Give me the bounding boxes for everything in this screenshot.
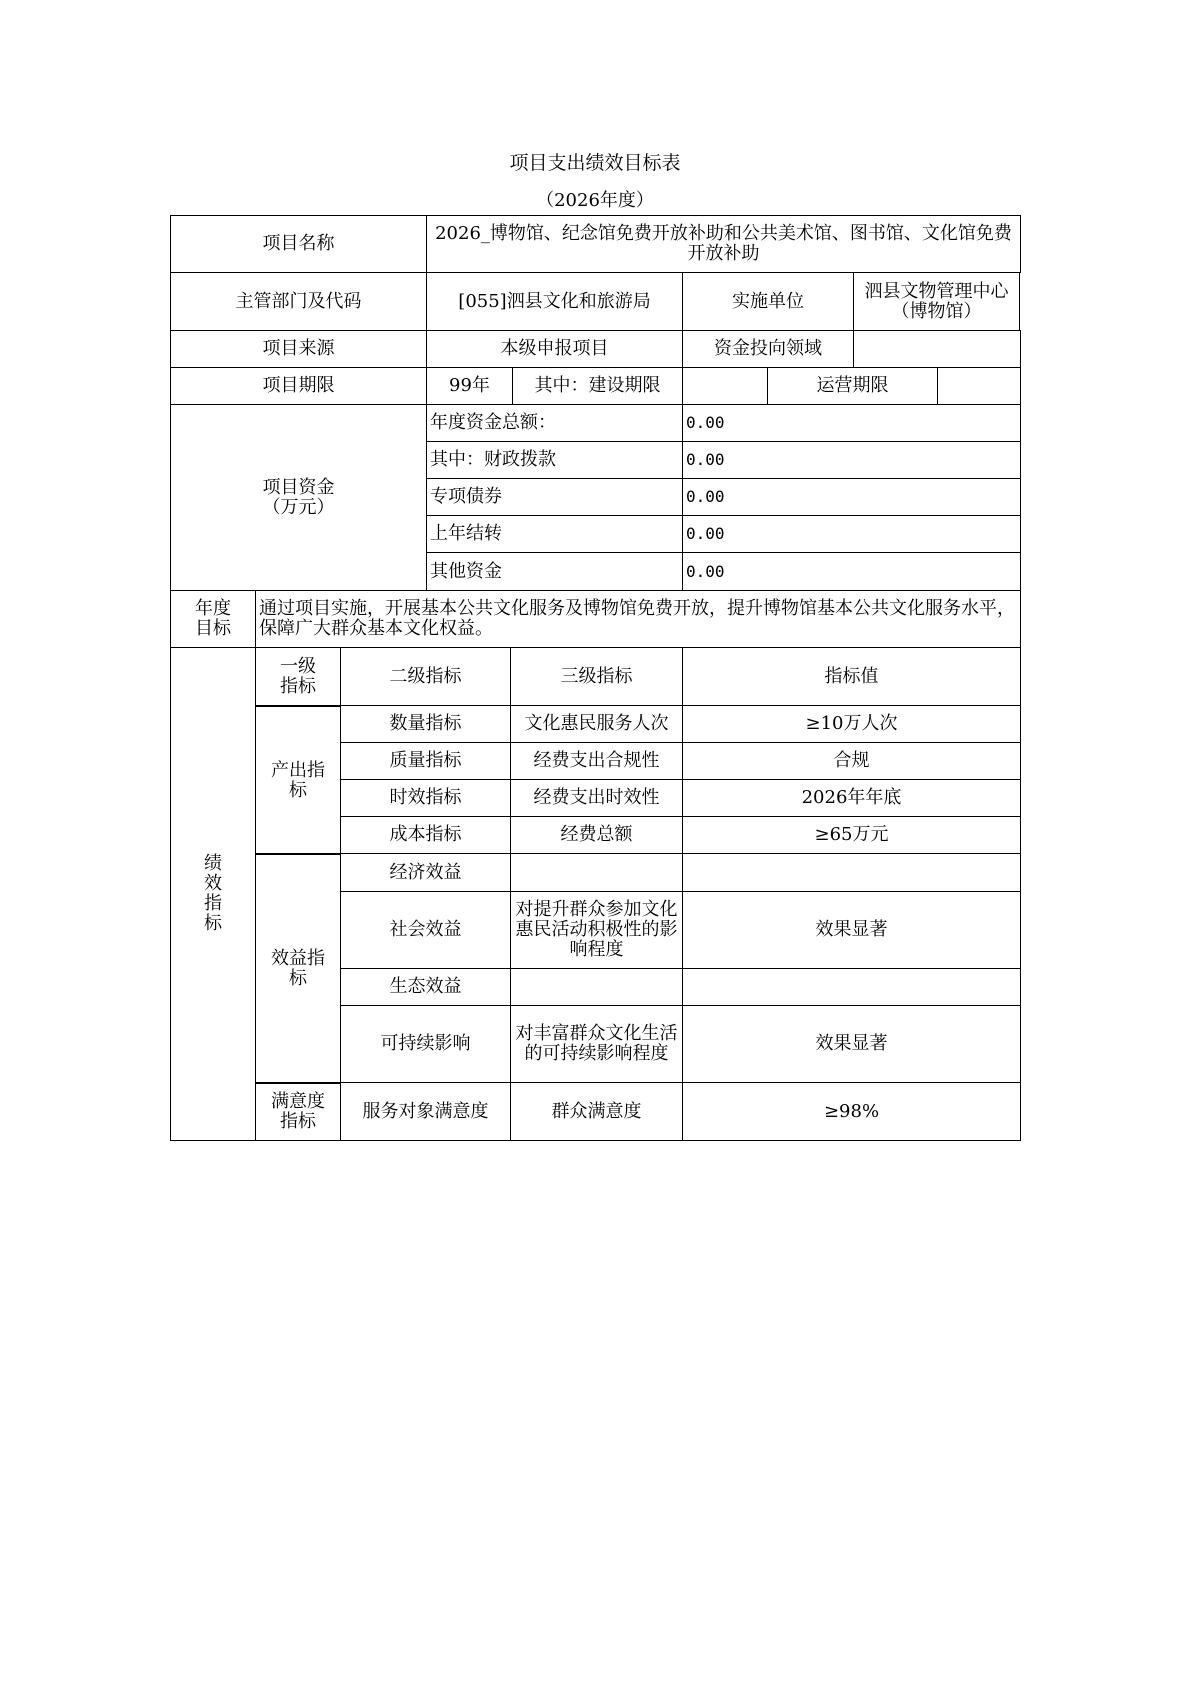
page-subtitle: （2026年度） [0,186,1190,212]
project-name-label: 项目名称 [170,215,427,273]
indicator-level3 [510,853,683,892]
indicator-level2: 可持续影响 [340,1005,511,1083]
indicator-value: ≥10万人次 [682,705,1021,743]
fund-row-label: 其他资金 [426,552,683,591]
build-period-value [682,367,768,405]
header-level1-text: 一级指标 [278,657,318,697]
indicator-value: ≥98% [682,1082,1021,1141]
performance-label: 绩效指标 [170,647,256,1141]
project-name-value: 2026_博物馆、纪念馆免费开放补助和公共美术馆、图书馆、文化馆免费开放补助 [426,215,1021,273]
group-satisfaction-label: 满意度指标 [255,1082,341,1141]
annual-goal-label: 年度目标 [170,590,256,648]
source-value: 本级申报项目 [426,330,683,368]
indicator-level2: 时效指标 [340,779,511,817]
header-level2: 二级指标 [340,647,511,706]
indicator-level2: 服务对象满意度 [340,1082,511,1141]
indicator-level2: 生态效益 [340,968,511,1006]
header-level1: 一级指标 [255,647,341,706]
header-value: 指标值 [682,647,1021,706]
source-label: 项目来源 [170,330,427,368]
fund-row-label: 其中：财政拨款 [426,441,683,479]
impl-unit-label: 实施单位 [682,272,854,331]
impl-unit-value: 泗县文物管理中心（博物馆） [853,272,1020,331]
group-output-label: 产出指标 [255,705,341,855]
operate-period-label: 运营期限 [767,367,938,405]
indicator-value: 2026年年底 [682,779,1021,817]
funds-label: 项目资金（万元） [170,404,427,591]
fund-row-label: 专项债券 [426,478,683,516]
indicator-level3: 经费总额 [510,816,683,854]
fund-row-value: 0.00 [682,552,1021,591]
indicator-level3: 对丰富群众文化生活的可持续影响程度 [510,1005,683,1083]
fund-row-value: 0.00 [682,441,1021,479]
build-period-label: 其中：建设期限 [512,367,683,405]
indicator-level3: 经费支出时效性 [510,779,683,817]
dept-value: [055]泗县文化和旅游局 [426,272,683,331]
indicator-value: 效果显著 [682,1005,1021,1083]
header-level3: 三级指标 [510,647,683,706]
indicator-level3 [510,968,683,1006]
period-value: 99年 [426,367,513,405]
indicator-level2: 质量指标 [340,742,511,780]
indicator-value: 效果显著 [682,891,1021,969]
annual-goal-text: 通过项目实施，开展基本公共文化服务及博物馆免费开放，提升博物馆基本公共文化服务水… [255,590,1021,648]
fund-area-value [853,330,1021,368]
fund-row-label: 上年结转 [426,515,683,553]
group-output-label-text: 产出指标 [268,761,328,801]
fund-row-value: 0.00 [682,515,1021,553]
indicator-value [682,968,1021,1006]
indicator-value: ≥65万元 [682,816,1021,854]
page-title: 项目支出绩效目标表 [0,148,1190,175]
indicator-level3: 经费支出合规性 [510,742,683,780]
fund-row-label: 年度资金总额： [426,404,683,442]
indicator-level3: 对提升群众参加文化惠民活动积极性的影响程度 [510,891,683,969]
period-label: 项目期限 [170,367,427,405]
performance-label-text: 绩效指标 [203,854,223,934]
fund-row-value: 0.00 [682,478,1021,516]
indicator-level2: 社会效益 [340,891,511,969]
funds-label-text: 项目资金（万元） [254,478,344,518]
group-benefit-label: 效益指标 [255,853,341,1083]
indicator-level2: 成本指标 [340,816,511,854]
fund-area-label: 资金投向领域 [682,330,854,368]
indicator-level3: 群众满意度 [510,1082,683,1141]
operate-period-value [937,367,1021,405]
indicator-value [682,853,1021,892]
group-satisfaction-label-text: 满意度指标 [268,1092,328,1132]
annual-goal-label-text: 年度目标 [193,599,233,639]
indicator-value: 合规 [682,742,1021,780]
fund-row-value: 0.00 [682,404,1021,442]
group-benefit-label-text: 效益指标 [268,949,328,989]
indicator-level2: 经济效益 [340,853,511,892]
dept-label: 主管部门及代码 [170,272,427,331]
indicator-level2: 数量指标 [340,705,511,743]
indicator-level3: 文化惠民服务人次 [510,705,683,743]
